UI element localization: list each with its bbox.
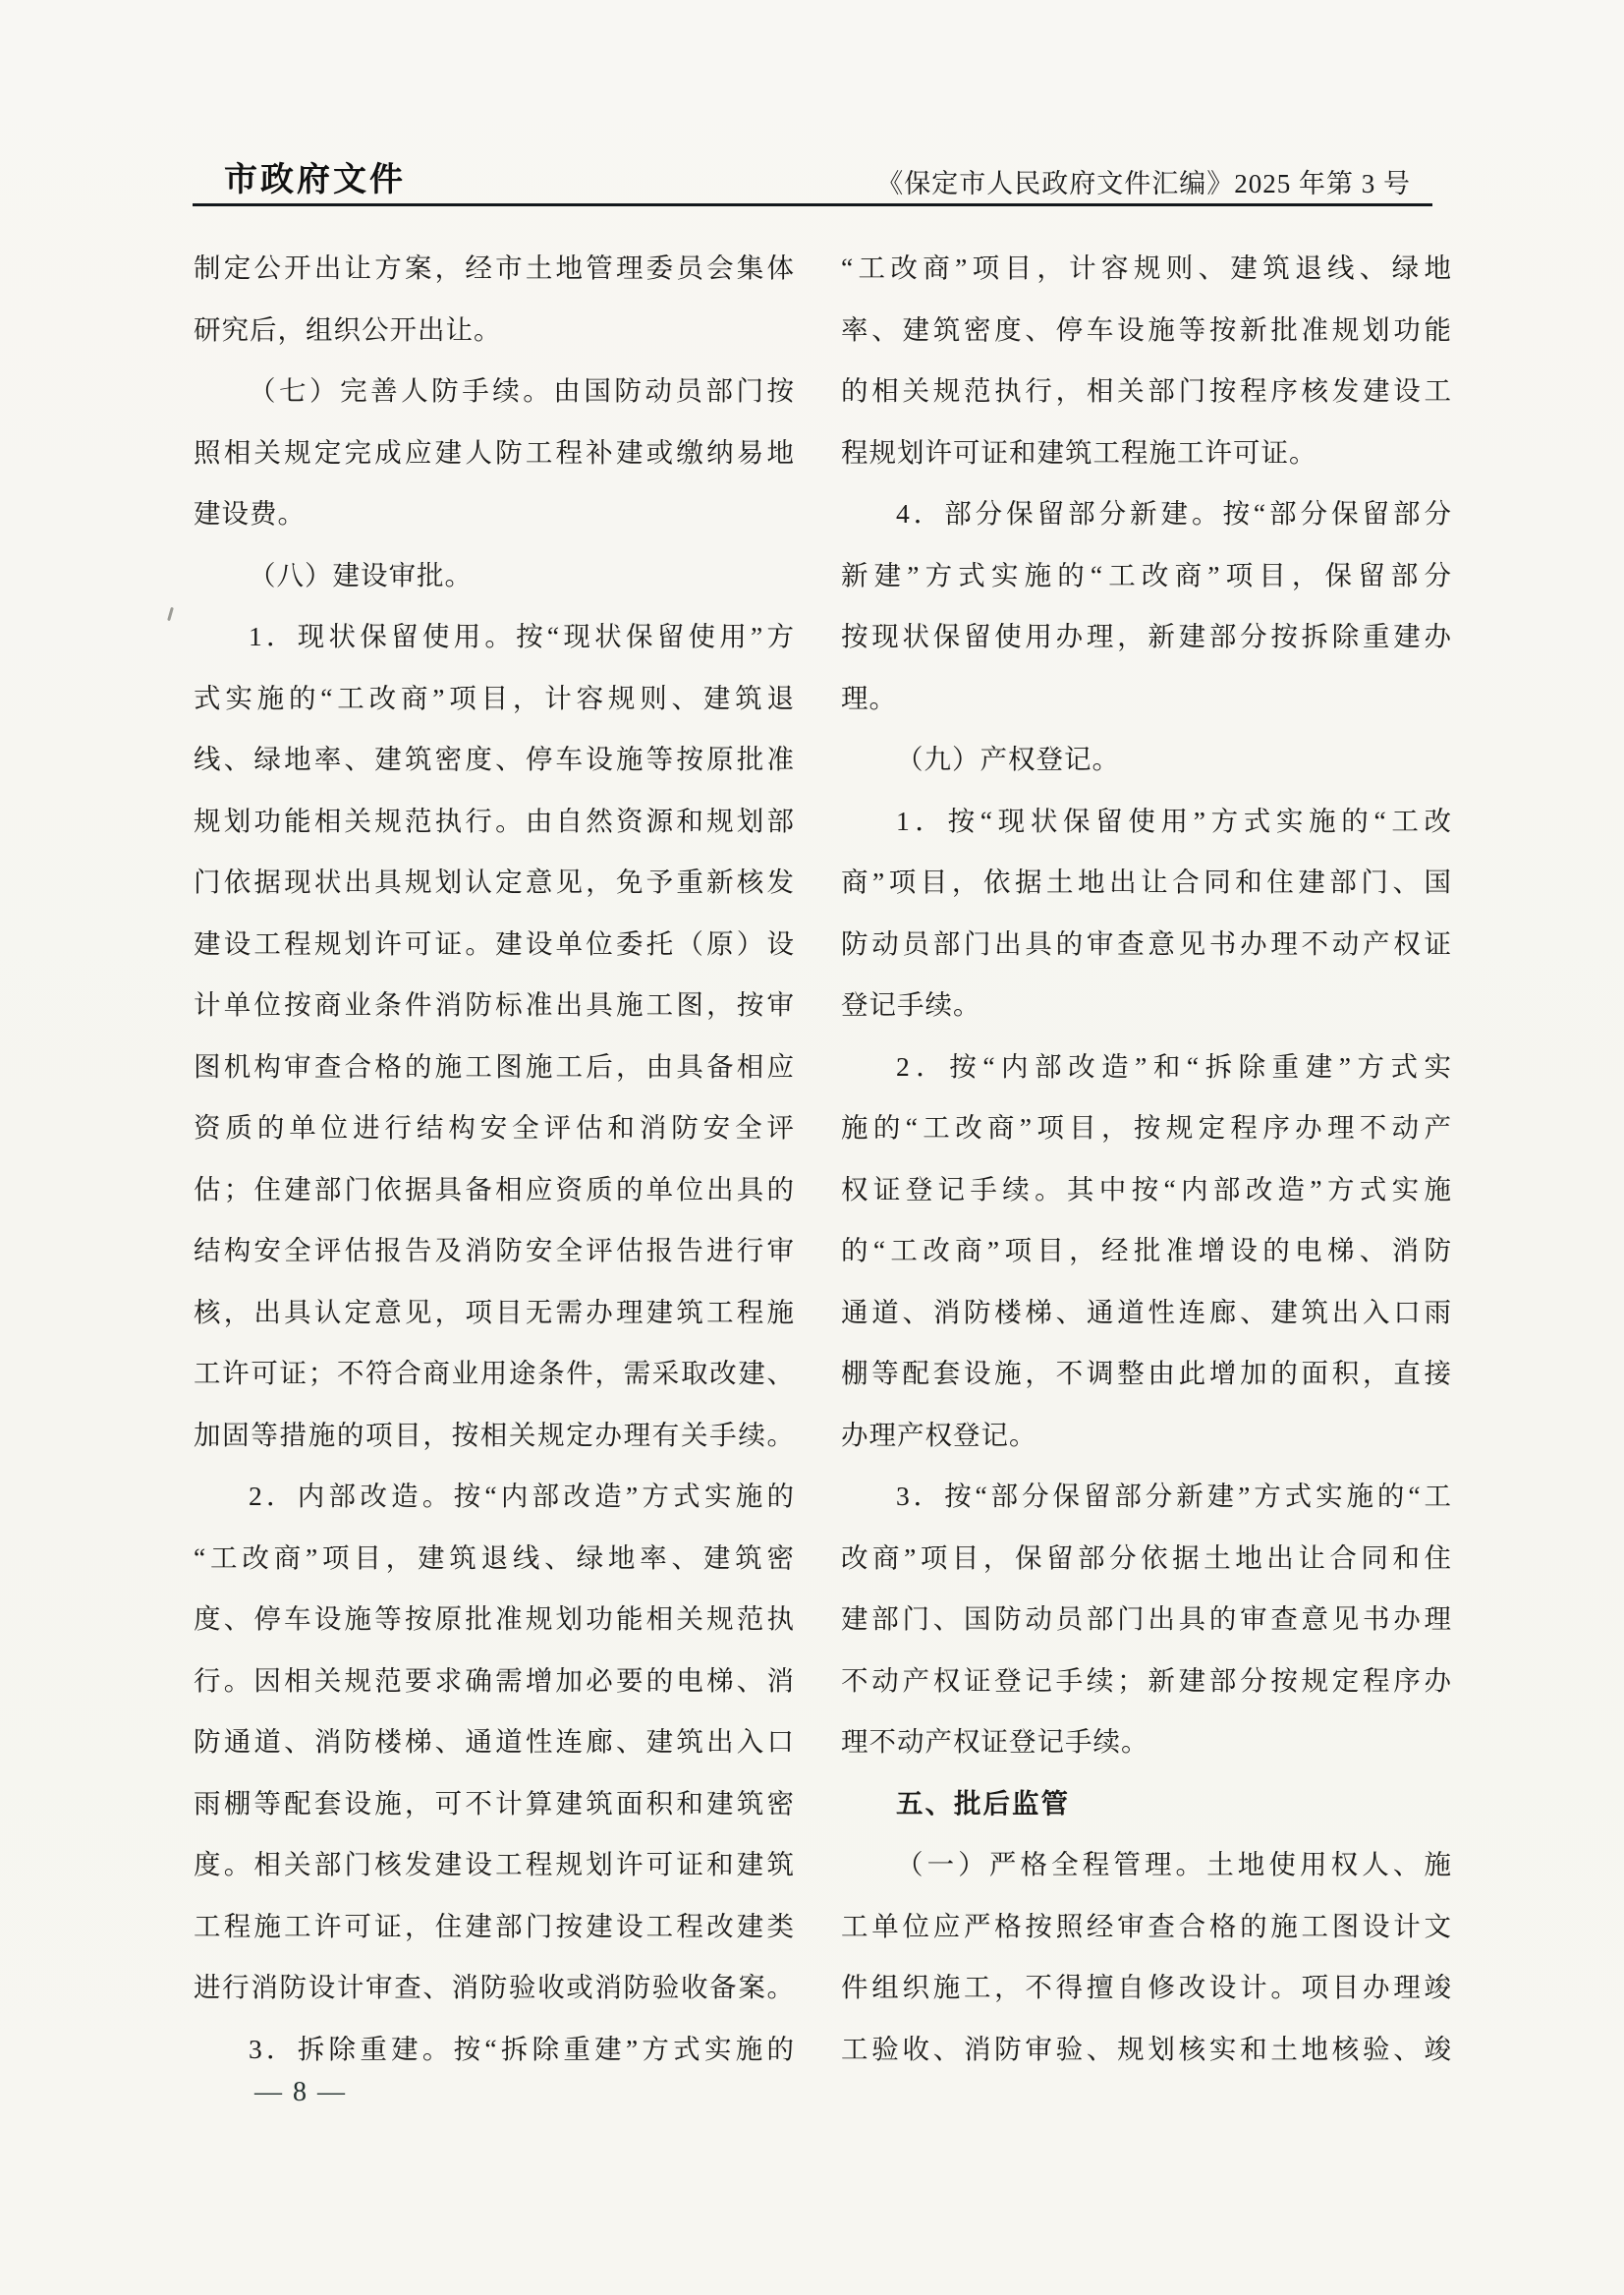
text-line: “工改商”项目，计容规则、建筑退线、绿地 xyxy=(841,238,1452,300)
text-line: “工改商”项目，建筑退线、绿地率、建筑密 xyxy=(194,1528,795,1590)
text-line: 结构安全评估报告及消防安全评估报告进行审 xyxy=(194,1220,795,1282)
text-line: 制定公开出让方案，经市土地管理委员会集体 xyxy=(194,238,795,300)
text-line: 门依据现状出具规划认定意见，免予重新核发 xyxy=(194,852,795,914)
header-section-label: 市政府文件 xyxy=(224,160,406,199)
text-line: 工单位应严格按照经审查合格的施工图设计文 xyxy=(841,1896,1452,1958)
text-line: 2．内部改造。按“内部改造”方式实施的 xyxy=(194,1466,795,1528)
text-line: 3．按“部分保留部分新建”方式实施的“工 xyxy=(841,1466,1452,1528)
text-line: 登记手续。 xyxy=(841,975,1452,1036)
text-line: 雨棚等配套设施，可不计算建筑面积和建筑密 xyxy=(194,1773,795,1835)
text-line: （一）严格全程管理。土地使用权人、施 xyxy=(841,1834,1452,1896)
text-line: （七）完善人防手续。由国防动员部门按 xyxy=(194,361,795,422)
scan-artifact-mark xyxy=(167,607,174,621)
text-line: 通道、消防楼梯、通道性连廊、建筑出入口雨 xyxy=(841,1282,1452,1344)
text-line: 率、建筑密度、停车设施等按新批准规划功能 xyxy=(841,300,1452,362)
text-line: 新建”方式实施的“工改商”项目，保留部分 xyxy=(841,545,1452,607)
text-line: 规划功能相关规范执行。由自然资源和规划部 xyxy=(194,791,795,853)
text-line: 棚等配套设施，不调整由此增加的面积，直接 xyxy=(841,1343,1452,1405)
header-compilation-title: 《保定市人民政府文件汇编》2025 年第 3 号 xyxy=(876,168,1411,199)
text-line: 理。 xyxy=(841,668,1452,730)
header-rule xyxy=(193,203,1432,206)
text-line: 建部门、国防动员部门出具的审查意见书办理 xyxy=(841,1589,1452,1651)
text-line: 件组织施工，不得擅自修改设计。项目办理竣 xyxy=(841,1957,1452,2019)
document-page: 市政府文件 《保定市人民政府文件汇编》2025 年第 3 号 制定公开出让方案，… xyxy=(0,0,1624,2295)
text-line: 防通道、消防楼梯、通道性连廊、建筑出入口 xyxy=(194,1711,795,1773)
kaiti-lead: （一）严格全程管理。 xyxy=(896,1849,1206,1879)
text-line: 行。因相关规范要求确需增加必要的电梯、消 xyxy=(194,1651,795,1712)
text-line: 办理产权登记。 xyxy=(841,1405,1452,1467)
text-line: 4．部分保留部分新建。按“部分保留部分 xyxy=(841,483,1452,545)
text-line: 工许可证；不符合商业用途条件，需采取改建、 xyxy=(194,1343,795,1405)
text-line: 按现状保留使用办理，新建部分按拆除重建办 xyxy=(841,606,1452,668)
text-line: 程规划许可证和建筑工程施工许可证。 xyxy=(841,422,1452,484)
text-line: 加固等措施的项目，按相关规定办理有关手续。 xyxy=(194,1405,795,1467)
line-rest: 由国防动员部门按 xyxy=(553,375,795,406)
text-line: 商”项目，依据土地出让合同和住建部门、国 xyxy=(841,852,1452,914)
text-line: 度。相关部门核发建设工程规划许可证和建筑 xyxy=(194,1834,795,1896)
text-line: 1．按“现状保留使用”方式实施的“工改 xyxy=(841,791,1452,853)
kaiti-lead: （八）建设审批。 xyxy=(249,560,473,590)
text-line: 度、停车设施等按原批准规划功能相关规范执 xyxy=(194,1589,795,1651)
text-line: 线、绿地率、建筑密度、停车设施等按原批准 xyxy=(194,729,795,791)
kaiti-lead: （七）完善人防手续。 xyxy=(249,375,553,406)
text-line: 不动产权证登记手续；新建部分按规定程序办 xyxy=(841,1651,1452,1712)
text-line: 计单位按商业条件消防标准出具施工图，按审 xyxy=(194,975,795,1036)
text-line: 建设工程规划许可证。建设单位委托（原）设 xyxy=(194,914,795,976)
text-line: （八）建设审批。 xyxy=(194,545,795,607)
text-line: 防动员部门出具的审查意见书办理不动产权证 xyxy=(841,914,1452,976)
left-text-column: 制定公开出让方案，经市土地管理委员会集体研究后，组织公开出让。（七）完善人防手续… xyxy=(194,238,795,2080)
section-heading-line: 五、批后监管 xyxy=(841,1773,1452,1835)
line-rest: 土地使用权人、施 xyxy=(1206,1849,1452,1879)
text-line: 估；住建部门依据具备相应资质的单位出具的 xyxy=(194,1159,795,1221)
text-line: 工验收、消防审验、规划核实和土地核验、竣 xyxy=(841,2019,1452,2081)
text-line: 理不动产权证登记手续。 xyxy=(841,1711,1452,1773)
text-line: 的“工改商”项目，经批准增设的电梯、消防 xyxy=(841,1220,1452,1282)
text-line: 的相关规范执行，相关部门按程序核发建设工 xyxy=(841,361,1452,422)
text-line: 1．现状保留使用。按“现状保留使用”方 xyxy=(194,606,795,668)
text-line: 工程施工许可证，住建部门按建设工程改建类 xyxy=(194,1896,795,1958)
text-line: 研究后，组织公开出让。 xyxy=(194,300,795,362)
page-number: — 8 — xyxy=(242,2068,360,2117)
text-line: 核，出具认定意见，项目无需办理建筑工程施 xyxy=(194,1282,795,1344)
text-line: 改商”项目，保留部分依据土地出让合同和住 xyxy=(841,1528,1452,1590)
text-line: 照相关规定完成应建人防工程补建或缴纳易地 xyxy=(194,422,795,484)
text-line: 施的“工改商”项目，按规定程序办理不动产 xyxy=(841,1097,1452,1159)
text-line: 2．按“内部改造”和“拆除重建”方式实 xyxy=(841,1036,1452,1098)
text-line: 进行消防设计审查、消防验收或消防验收备案。 xyxy=(194,1957,795,2019)
text-line: 图机构审查合格的施工图施工后，由具备相应 xyxy=(194,1036,795,1098)
kaiti-lead: （九）产权登记。 xyxy=(896,744,1120,774)
text-line: 建设费。 xyxy=(194,483,795,545)
text-line: （九）产权登记。 xyxy=(841,729,1452,791)
right-text-column: “工改商”项目，计容规则、建筑退线、绿地率、建筑密度、停车设施等按新批准规划功能… xyxy=(841,238,1452,2080)
text-line: 资质的单位进行结构安全评估和消防安全评 xyxy=(194,1097,795,1159)
text-line: 式实施的“工改商”项目，计容规则、建筑退 xyxy=(194,668,795,730)
text-line: 权证登记手续。其中按“内部改造”方式实施 xyxy=(841,1159,1452,1221)
